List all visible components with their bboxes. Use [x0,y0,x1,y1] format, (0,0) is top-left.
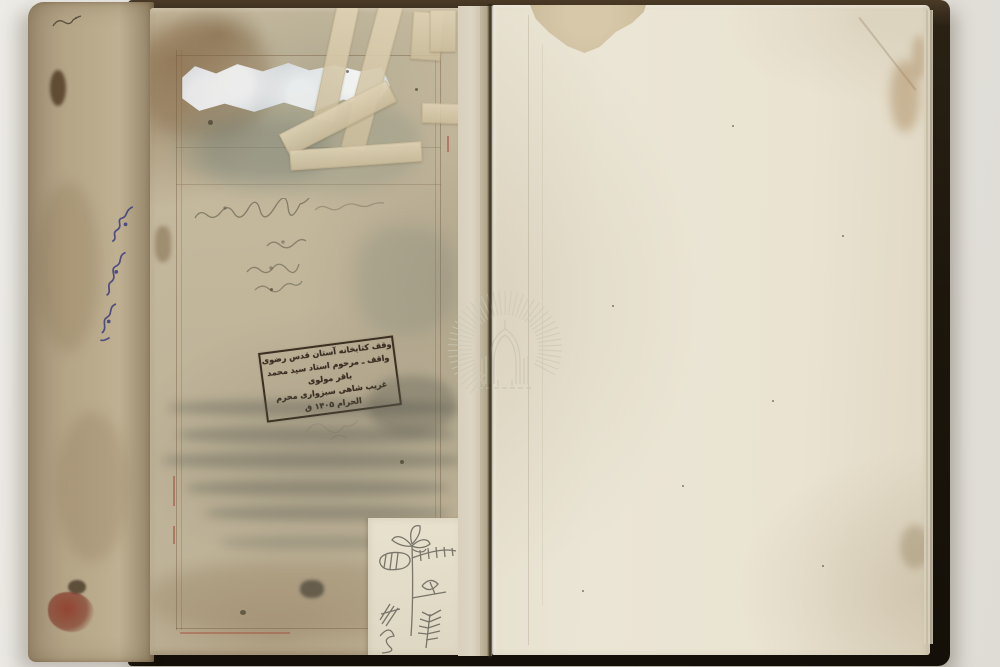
ink-speck [240,610,246,615]
repair-tape [430,10,456,52]
ink-speck [732,125,734,127]
edge-stain [56,412,128,562]
red-rule-remnant [173,526,175,544]
repair-tape [422,103,462,125]
ink-speck [270,288,273,291]
effaced-text-smudge [162,452,462,469]
ink-speck [682,485,684,487]
ink-speck [415,88,418,91]
blue-ink-inscription [87,198,149,351]
red-rule-remnant [173,476,175,506]
ink-blot [300,580,324,598]
red-rule-remnant [447,136,449,152]
effaced-text-smudge [186,480,448,496]
left-page: وقف کتابخانه آستان قدس رضوی واقف ـ مرحوم… [150,8,462,655]
ink-speck [612,305,614,307]
effaced-inscription-scribble [185,198,450,303]
photo-of-open-manuscript: وقف کتابخانه آستان قدس رضوی واقف ـ مرحوم… [0,0,1000,667]
ink-speck [822,565,824,567]
ink-speck [842,235,844,237]
library-watermark [440,262,580,424]
ink-speck [346,70,349,73]
plant-doodle-sketch [368,518,462,655]
pencil-doodle-patch [368,518,462,655]
ink-speck [400,460,404,464]
shelf-mark-inscription [48,10,88,34]
ink-speck [582,590,584,592]
brown-streak [155,226,171,262]
gutter-crease [487,4,494,658]
ink-speck [772,400,774,402]
fore-edge-pages [924,10,933,644]
ink-speck [208,120,213,125]
ink-drip-stain [50,70,66,106]
frame-rule [176,50,177,630]
red-stain [48,592,94,632]
adhesive-stain [530,5,646,55]
